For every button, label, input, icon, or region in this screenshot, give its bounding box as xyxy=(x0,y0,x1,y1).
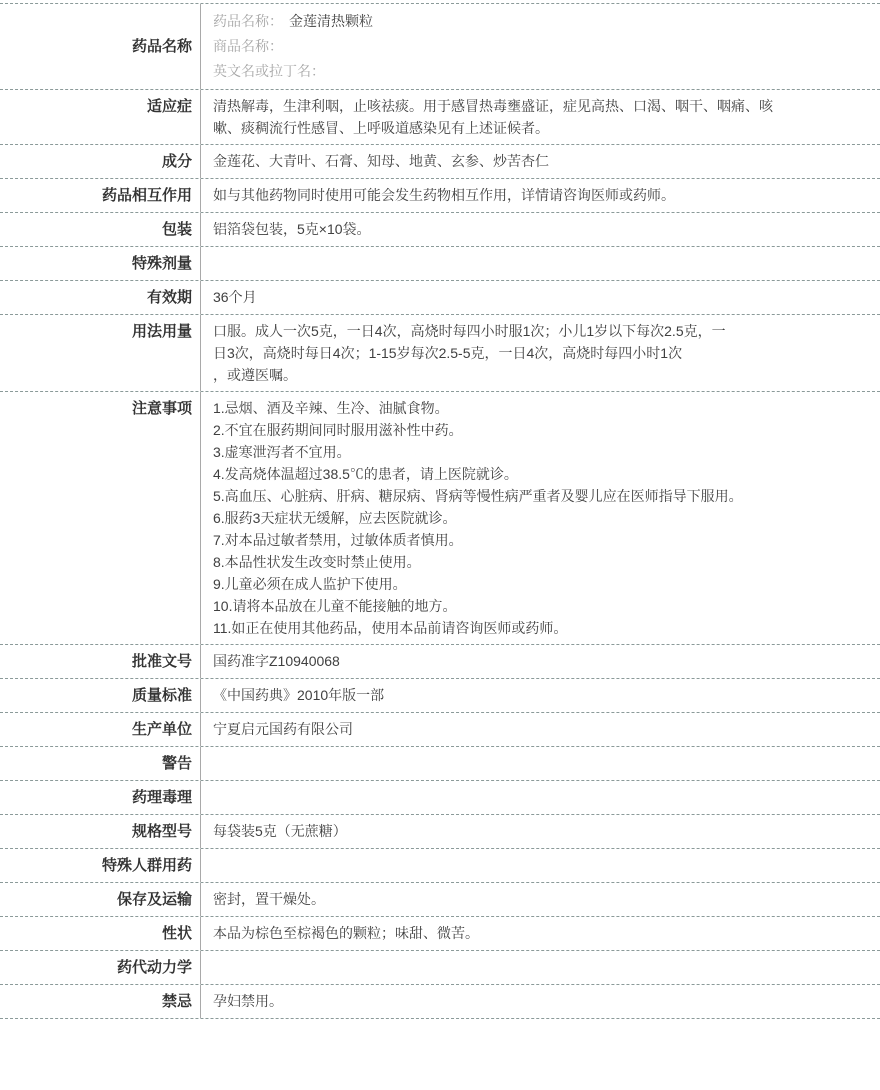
row-content: 《中国药典》2010年版一部 xyxy=(200,679,880,712)
table-row: 规格型号每袋装5克（无蔗糖） xyxy=(0,815,880,849)
field-value: 金莲清热颗粒 xyxy=(289,13,373,29)
row-content xyxy=(200,951,880,984)
table-row: 性状本品为棕色至棕褐色的颗粒；味甜、微苦。 xyxy=(0,917,880,951)
row-content: 宁夏启元国药有限公司 xyxy=(200,713,880,746)
table-row: 生产单位宁夏启元国药有限公司 xyxy=(0,713,880,747)
table-row: 特殊剂量 xyxy=(0,247,880,281)
row-label: 保存及运输 xyxy=(0,883,200,916)
table-row: 有效期36个月 xyxy=(0,281,880,315)
row-label: 药品相互作用 xyxy=(0,179,200,212)
row-content xyxy=(200,781,880,814)
row-label: 用法用量 xyxy=(0,315,200,391)
table-row: 药理毒理 xyxy=(0,781,880,815)
field-label: 药品名称： xyxy=(213,13,283,29)
row-content: 口服。成人一次5克，一日4次，高烧时每四小时服1次；小儿1岁以下每次2.5克，一… xyxy=(200,315,880,391)
table-row: 保存及运输密封，置干燥处。 xyxy=(0,883,880,917)
table-row: 药品相互作用如与其他药物同时使用可能会发生药物相互作用，详情请咨询医师或药师。 xyxy=(0,179,880,213)
row-label: 药理毒理 xyxy=(0,781,200,814)
row-label: 药代动力学 xyxy=(0,951,200,984)
row-content: 孕妇禁用。 xyxy=(200,985,880,1018)
row-content: 36个月 xyxy=(200,281,880,314)
table-row: 禁忌孕妇禁用。 xyxy=(0,985,880,1019)
row-label: 特殊剂量 xyxy=(0,247,200,280)
table-row: 警告 xyxy=(0,747,880,781)
row-label: 适应症 xyxy=(0,90,200,144)
row-content: 国药准字Z10940068 xyxy=(200,645,880,678)
field-label: 英文名或拉丁名： xyxy=(213,63,325,79)
table-row: 药品名称药品名称：金莲清热颗粒商品名称：英文名或拉丁名： xyxy=(0,4,880,90)
row-content: 如与其他药物同时使用可能会发生药物相互作用，详情请咨询医师或药师。 xyxy=(200,179,880,212)
table-row: 特殊人群用药 xyxy=(0,849,880,883)
name-field: 商品名称： xyxy=(213,34,868,59)
row-label: 特殊人群用药 xyxy=(0,849,200,882)
row-label: 质量标准 xyxy=(0,679,200,712)
row-label: 生产单位 xyxy=(0,713,200,746)
drug-info-table: 药品名称药品名称：金莲清热颗粒商品名称：英文名或拉丁名：适应症清热解毒，生津利咽… xyxy=(0,3,880,1019)
table-row: 注意事项1.忌烟、酒及辛辣、生冷、油腻食物。 2.不宜在服药期间同时服用滋补性中… xyxy=(0,392,880,645)
row-label: 性状 xyxy=(0,917,200,950)
row-content: 本品为棕色至棕褐色的颗粒；味甜、微苦。 xyxy=(200,917,880,950)
table-row: 用法用量口服。成人一次5克，一日4次，高烧时每四小时服1次；小儿1岁以下每次2.… xyxy=(0,315,880,392)
row-content: 每袋装5克（无蔗糖） xyxy=(200,815,880,848)
table-row: 包装铝箔袋包装，5克×10袋。 xyxy=(0,213,880,247)
row-label: 有效期 xyxy=(0,281,200,314)
table-row: 适应症清热解毒，生津利咽，止咳祛痰。用于感冒热毒壅盛证，症见高热、口渴、咽干、咽… xyxy=(0,90,880,145)
row-content xyxy=(200,247,880,280)
table-row: 质量标准《中国药典》2010年版一部 xyxy=(0,679,880,713)
row-content: 金莲花、大青叶、石膏、知母、地黄、玄参、炒苦杏仁 xyxy=(200,145,880,178)
row-label: 成分 xyxy=(0,145,200,178)
row-label: 批准文号 xyxy=(0,645,200,678)
row-content: 铝箔袋包装，5克×10袋。 xyxy=(200,213,880,246)
row-content: 药品名称：金莲清热颗粒商品名称：英文名或拉丁名： xyxy=(200,4,880,89)
row-content: 清热解毒，生津利咽，止咳祛痰。用于感冒热毒壅盛证，症见高热、口渴、咽干、咽痛、咳… xyxy=(200,90,880,144)
name-field: 英文名或拉丁名： xyxy=(213,59,868,84)
table-row: 药代动力学 xyxy=(0,951,880,985)
field-label: 商品名称： xyxy=(213,38,283,54)
row-content: 1.忌烟、酒及辛辣、生冷、油腻食物。 2.不宜在服药期间同时服用滋补性中药。 3… xyxy=(200,392,880,644)
row-label: 禁忌 xyxy=(0,985,200,1018)
row-label: 警告 xyxy=(0,747,200,780)
row-label: 注意事项 xyxy=(0,392,200,644)
row-label: 规格型号 xyxy=(0,815,200,848)
row-content xyxy=(200,849,880,882)
table-row: 成分金莲花、大青叶、石膏、知母、地黄、玄参、炒苦杏仁 xyxy=(0,145,880,179)
row-content: 密封，置干燥处。 xyxy=(200,883,880,916)
table-row: 批准文号国药准字Z10940068 xyxy=(0,645,880,679)
name-field: 药品名称：金莲清热颗粒 xyxy=(213,9,868,34)
row-content xyxy=(200,747,880,780)
row-label: 药品名称 xyxy=(0,4,200,89)
row-label: 包装 xyxy=(0,213,200,246)
